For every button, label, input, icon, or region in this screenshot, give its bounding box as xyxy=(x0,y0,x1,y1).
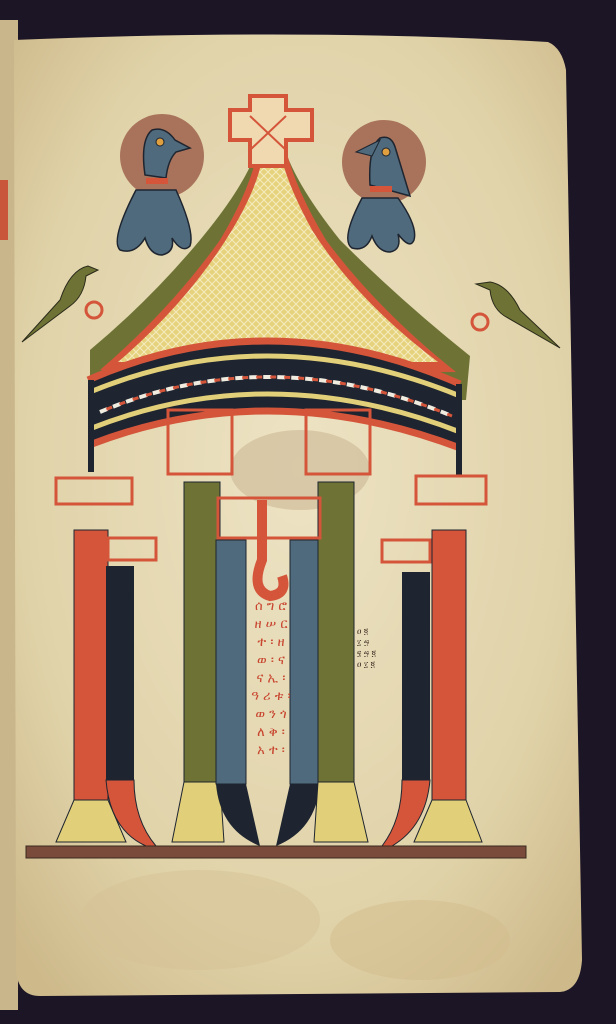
manuscript-illustration xyxy=(0,0,616,1024)
tabernacle-base xyxy=(26,846,526,858)
manuscript-photo: ሰ ግ ሮ ዘ ሠ ር ተ ፡ ዘ ወ ፡ ና ና ኢ ፡ ዓ ሪ ቱ ፡ ወ … xyxy=(0,0,616,1024)
right-haloed-bird xyxy=(342,120,426,252)
red-geez-text: ሰ ግ ሮ ዘ ሠ ር ተ ፡ ዘ ወ ፡ ና ና ኢ ፡ ዓ ሪ ቱ ፡ ወ … xyxy=(248,598,294,760)
ink-geez-text: ዐ ፬ ፲ ፵ ፶ ፵ ፬ ዐ ፲ ፬ xyxy=(357,626,387,670)
